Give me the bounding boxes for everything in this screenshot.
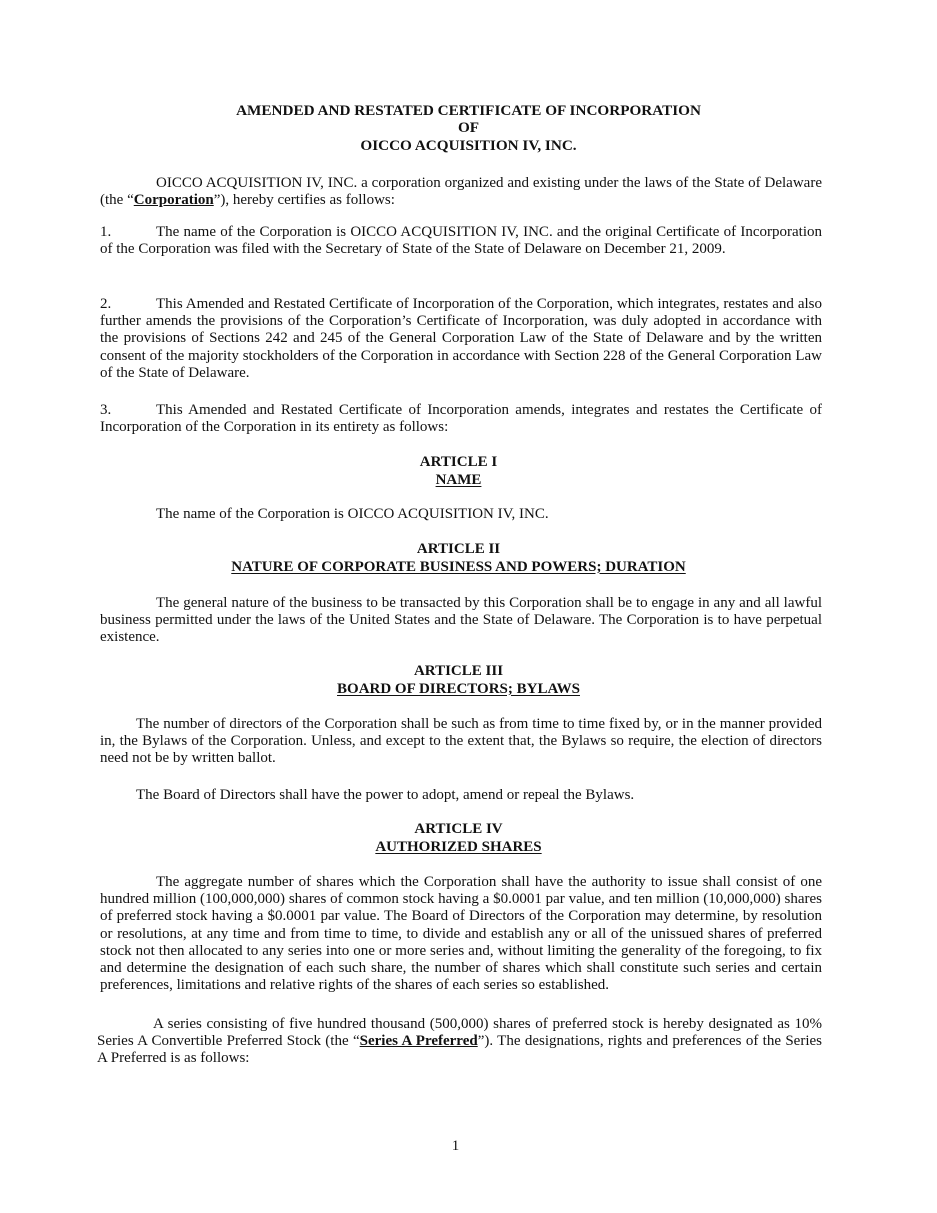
article-2-paragraph: The general nature of the business to be…: [100, 595, 822, 647]
article-4-heading: ARTICLE IV AUTHORIZED SHARES: [0, 821, 917, 856]
numbered-paragraph-1: 1.The name of the Corporation is OICCO A…: [100, 224, 822, 258]
paragraph-text: This Amended and Restated Certificate of…: [100, 296, 822, 381]
page-number: 1: [0, 1138, 911, 1155]
document-title-line-2: OF: [0, 119, 937, 137]
paragraph-number: 1.: [100, 224, 156, 241]
document-title-line-3: OICCO ACQUISITION IV, INC.: [0, 137, 937, 155]
article-title: BOARD OF DIRECTORS; BYLAWS: [0, 681, 917, 699]
paragraph-number: 2.: [100, 296, 156, 313]
article-2-heading: ARTICLE II NATURE OF CORPORATE BUSINESS …: [0, 541, 917, 576]
article-label: ARTICLE II: [0, 541, 917, 559]
paragraph-text: This Amended and Restated Certificate of…: [100, 402, 822, 435]
article-title: NAME: [0, 472, 917, 490]
article-3-paragraph-1: The number of directors of the Corporati…: [100, 716, 822, 768]
article-4-paragraph-1: The aggregate number of shares which the…: [100, 874, 822, 994]
article-1-heading: ARTICLE I NAME: [0, 454, 917, 489]
paragraph-number: 3.: [100, 402, 156, 419]
paragraph-text: The name of the Corporation is OICCO ACQ…: [100, 224, 822, 257]
article-label: ARTICLE IV: [0, 821, 917, 839]
article-3-heading: ARTICLE III BOARD OF DIRECTORS; BYLAWS: [0, 663, 917, 698]
document-title-line-1: AMENDED AND RESTATED CERTIFICATE OF INCO…: [0, 102, 937, 120]
document-page: AMENDED AND RESTATED CERTIFICATE OF INCO…: [0, 0, 937, 1213]
article-4-series-paragraph: A series consisting of five hundred thou…: [97, 1016, 822, 1068]
intro-paragraph: OICCO ACQUISITION IV, INC. a corporation…: [100, 175, 822, 209]
article-title: AUTHORIZED SHARES: [0, 839, 917, 857]
intro-text-after: ”), hereby certifies as follows:: [214, 192, 395, 208]
article-title: NATURE OF CORPORATE BUSINESS AND POWERS;…: [0, 559, 917, 577]
article-label: ARTICLE I: [0, 454, 917, 472]
article-3-paragraph-2: The Board of Directors shall have the po…: [100, 787, 822, 804]
defined-term-series-a-preferred: Series A Preferred: [360, 1033, 478, 1049]
numbered-paragraph-3: 3.This Amended and Restated Certificate …: [100, 402, 822, 436]
article-1-paragraph: The name of the Corporation is OICCO ACQ…: [100, 506, 822, 523]
article-label: ARTICLE III: [0, 663, 917, 681]
defined-term-corporation: Corporation: [134, 192, 214, 208]
numbered-paragraph-2: 2.This Amended and Restated Certificate …: [100, 296, 822, 382]
